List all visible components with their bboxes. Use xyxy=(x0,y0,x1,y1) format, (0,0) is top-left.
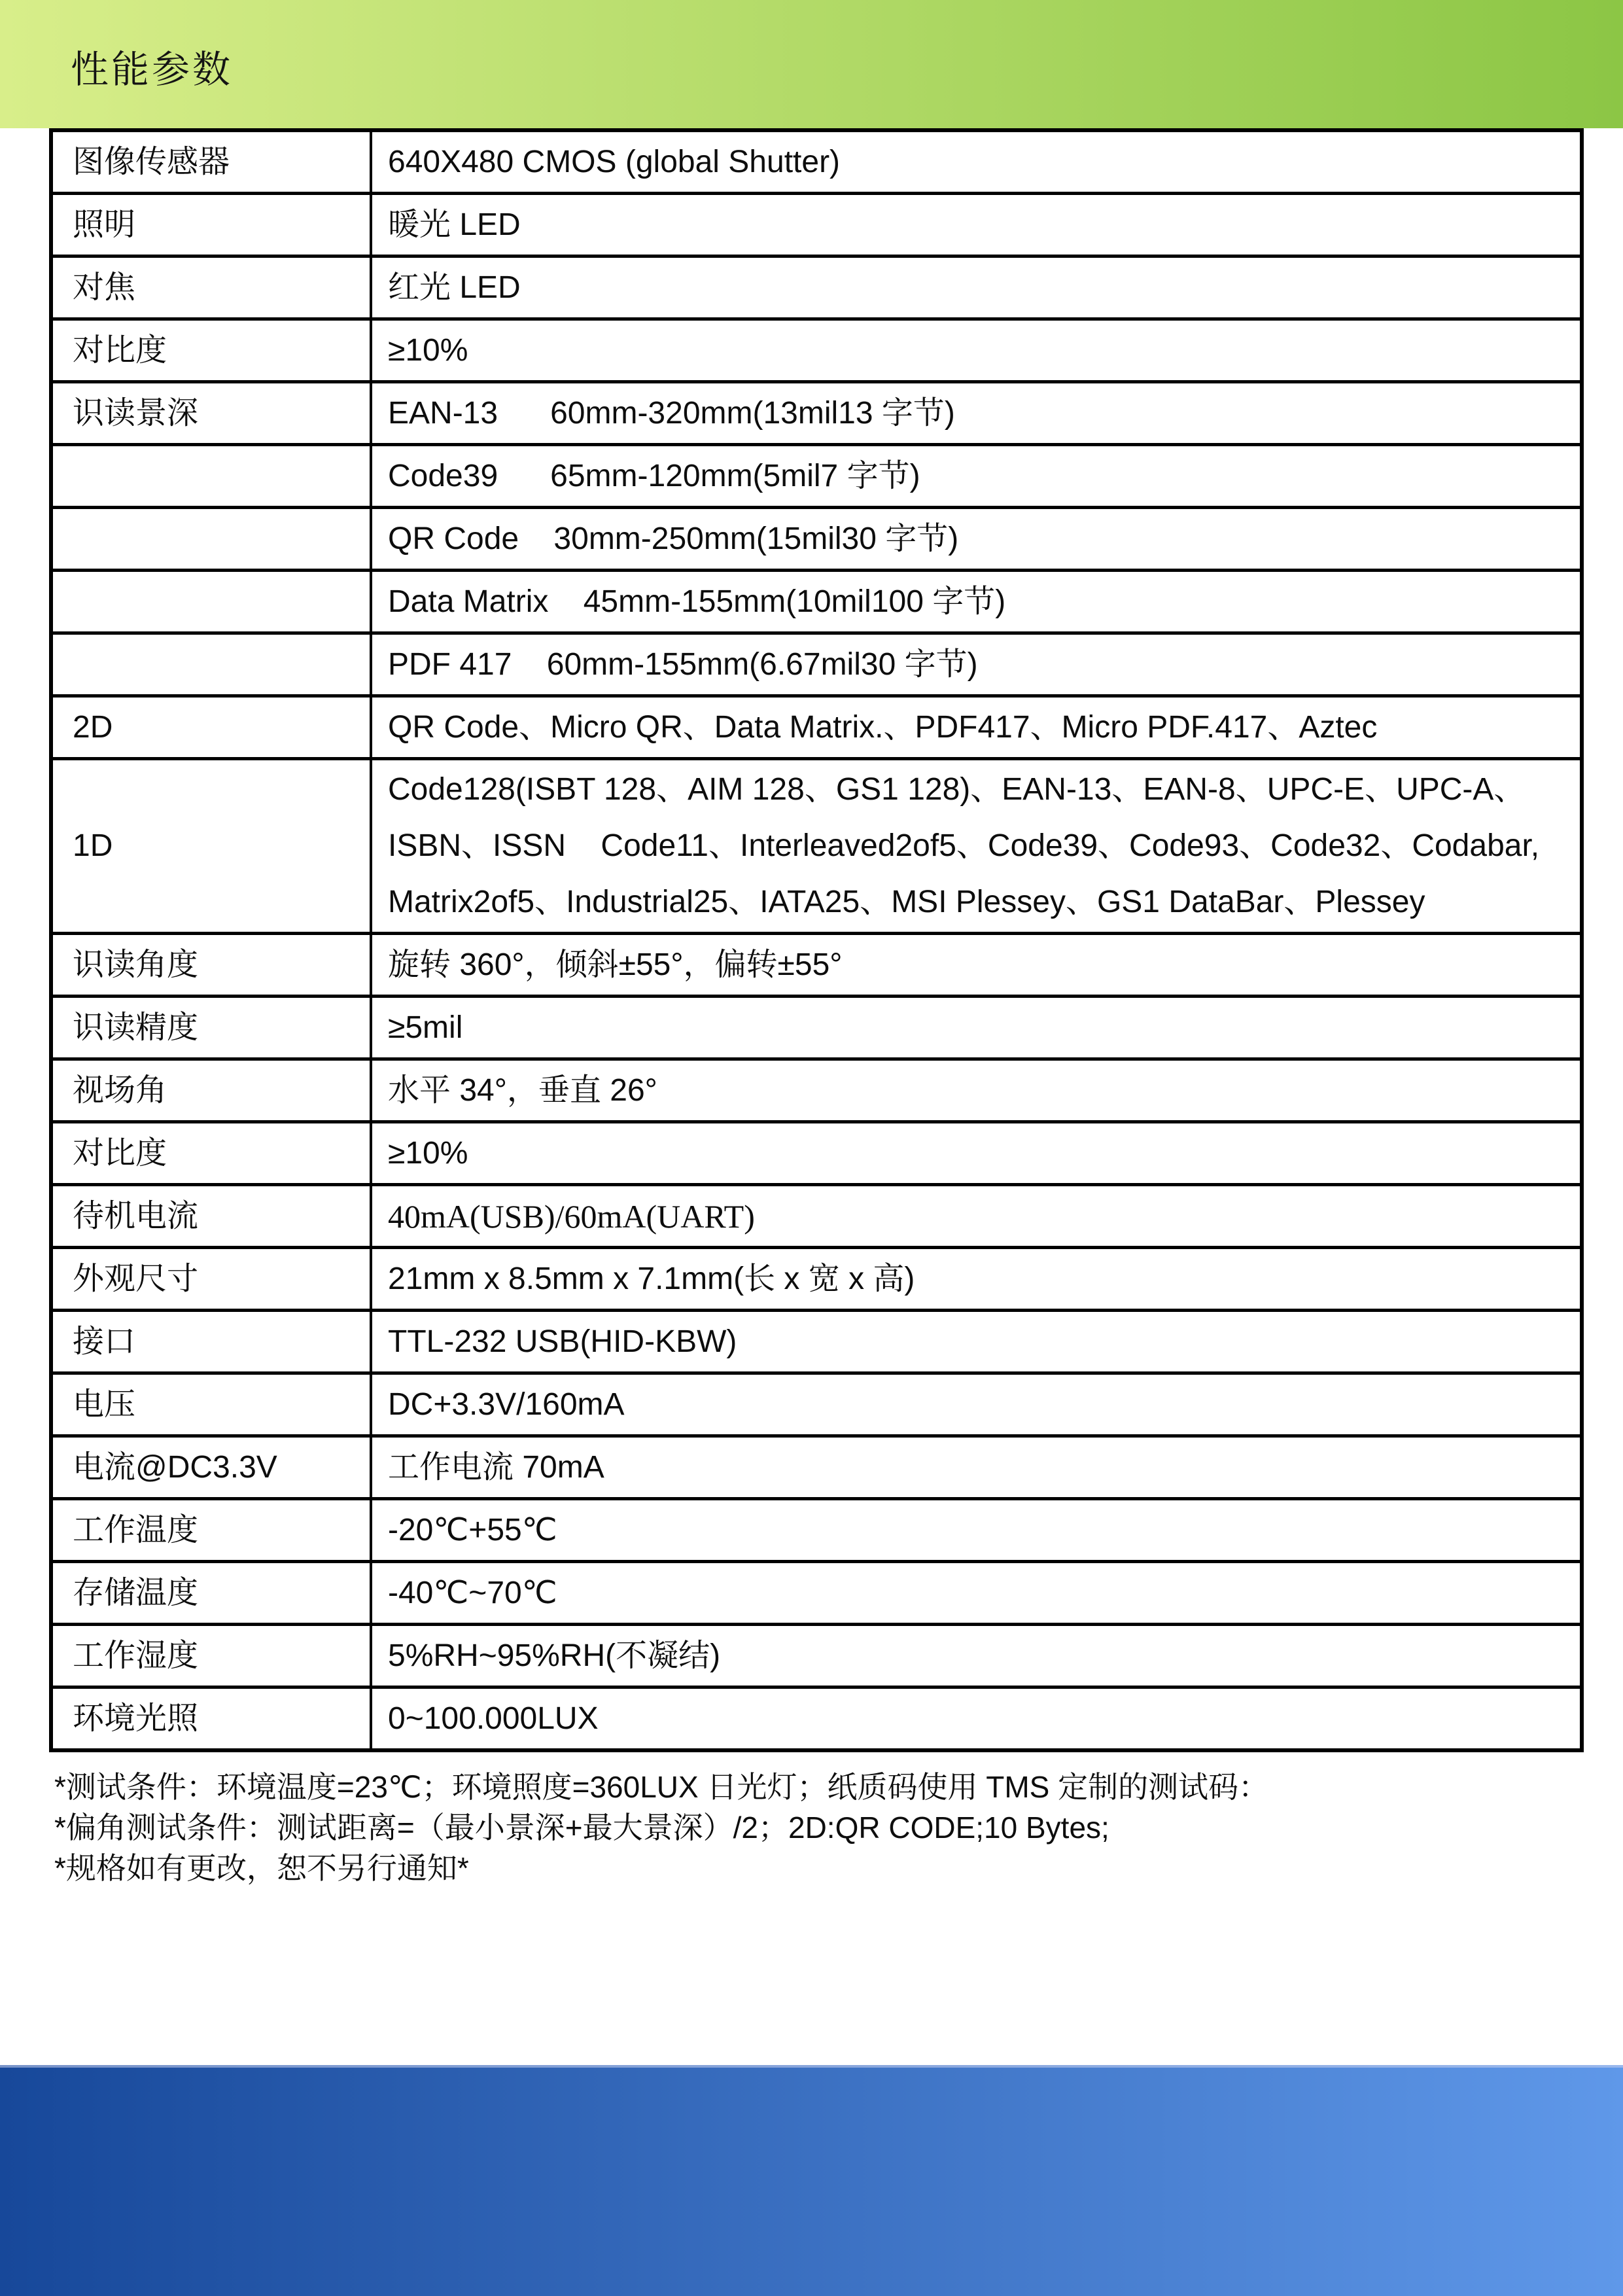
row-label: 对比度 xyxy=(53,321,372,380)
footer-band xyxy=(0,2065,1623,2296)
table-row: 待机电流40mA(USB)/60mA(UART) xyxy=(53,1186,1580,1249)
table-row: 环境光照0~100.000LUX xyxy=(53,1689,1580,1748)
spec-table-body: 图像传感器640X480 CMOS (global Shutter)照明暖光 L… xyxy=(53,132,1580,1748)
table-row: 工作温度-20℃+55℃ xyxy=(53,1500,1580,1563)
row-value: 640X480 CMOS (global Shutter) xyxy=(372,132,1580,192)
table-row: 电压DC+3.3V/160mA xyxy=(53,1375,1580,1438)
row-value: 水平 34°，垂直 26° xyxy=(372,1061,1580,1120)
row-value: -20℃+55℃ xyxy=(372,1500,1580,1560)
footnote-line: *偏角测试条件：测试距离=（最小景深+最大景深）/2；2D:QR CODE;10… xyxy=(54,1807,1585,1848)
row-value: 暖光 LED xyxy=(372,195,1580,255)
table-row: 1DCode128(ISBT 128、AIM 128、GS1 128)、EAN-… xyxy=(53,760,1580,935)
row-value: Code39 65mm-120mm(5mil7 字节) xyxy=(372,446,1580,506)
table-row: 电流@DC3.3V工作电流 70mA xyxy=(53,1438,1580,1500)
table-row: 识读角度旋转 360°，倾斜±55°，偏转±55° xyxy=(53,935,1580,998)
row-label: 电压 xyxy=(53,1375,372,1434)
table-row: 视场角水平 34°，垂直 26° xyxy=(53,1061,1580,1123)
table-row: PDF 417 60mm-155mm(6.67mil30 字节) xyxy=(53,635,1580,698)
row-label xyxy=(53,446,372,506)
row-label: 对焦 xyxy=(53,258,372,317)
table-row: 对焦红光 LED xyxy=(53,258,1580,321)
row-label: 照明 xyxy=(53,195,372,255)
table-row: 2DQR Code、Micro QR、Data Matrix.、PDF417、M… xyxy=(53,698,1580,760)
row-label xyxy=(53,635,372,694)
spec-sheet-page: 性能参数 图像传感器640X480 CMOS (global Shutter)照… xyxy=(0,0,1623,2296)
row-label: 环境光照 xyxy=(53,1689,372,1748)
table-row: Data Matrix 45mm-155mm(10mil100 字节) xyxy=(53,572,1580,635)
row-value: 工作电流 70mA xyxy=(372,1438,1580,1497)
table-row: 识读精度≥5mil xyxy=(53,998,1580,1061)
table-row: 对比度≥10% xyxy=(53,321,1580,383)
row-label xyxy=(53,509,372,569)
row-label: 待机电流 xyxy=(53,1186,372,1246)
row-label: 电流@DC3.3V xyxy=(53,1438,372,1497)
row-value: QR Code 30mm-250mm(15mil30 字节) xyxy=(372,509,1580,569)
row-value: Code128(ISBT 128、AIM 128、GS1 128)、EAN-13… xyxy=(372,760,1580,932)
row-value: ≥10% xyxy=(372,1123,1580,1183)
row-value: 5%RH~95%RH(不凝结) xyxy=(372,1626,1580,1686)
row-value: 旋转 360°，倾斜±55°，偏转±55° xyxy=(372,935,1580,995)
row-value: TTL-232 USB(HID-KBW) xyxy=(372,1312,1580,1371)
row-label: 识读角度 xyxy=(53,935,372,995)
table-row: 接口TTL-232 USB(HID-KBW) xyxy=(53,1312,1580,1375)
row-label: 存储温度 xyxy=(53,1563,372,1623)
table-row: QR Code 30mm-250mm(15mil30 字节) xyxy=(53,509,1580,572)
table-row: 识读景深EAN-13 60mm-320mm(13mil13 字节) xyxy=(53,383,1580,446)
row-label: 1D xyxy=(53,760,372,932)
table-row: 存储温度-40℃~70℃ xyxy=(53,1563,1580,1626)
row-label: 外观尺寸 xyxy=(53,1249,372,1309)
row-label: 视场角 xyxy=(53,1061,372,1120)
row-label: 图像传感器 xyxy=(53,132,372,192)
row-value: -40℃~70℃ xyxy=(372,1563,1580,1623)
row-value: EAN-13 60mm-320mm(13mil13 字节) xyxy=(372,383,1580,443)
table-row: 照明暖光 LED xyxy=(53,195,1580,258)
row-value: PDF 417 60mm-155mm(6.67mil30 字节) xyxy=(372,635,1580,694)
spec-table: 图像传感器640X480 CMOS (global Shutter)照明暖光 L… xyxy=(49,128,1584,1752)
row-label xyxy=(53,572,372,631)
row-label: 2D xyxy=(53,698,372,757)
row-label: 对比度 xyxy=(53,1123,372,1183)
row-value: 红光 LED xyxy=(372,258,1580,317)
footnote-line: *规格如有更改，恕不另行通知* xyxy=(54,1848,1585,1888)
footnote-line: *测试条件：环境温度=23℃；环境照度=360LUX 日光灯；纸质码使用 TMS… xyxy=(54,1767,1585,1807)
row-value: 40mA(USB)/60mA(UART) xyxy=(372,1186,1580,1246)
table-row: 外观尺寸21mm x 8.5mm x 7.1mm(长 x 宽 x 高) xyxy=(53,1249,1580,1312)
header-band: 性能参数 xyxy=(0,0,1623,128)
row-value: ≥10% xyxy=(372,321,1580,380)
table-row: Code39 65mm-120mm(5mil7 字节) xyxy=(53,446,1580,509)
row-label: 工作湿度 xyxy=(53,1626,372,1686)
row-value: 0~100.000LUX xyxy=(372,1689,1580,1748)
row-label: 识读精度 xyxy=(53,998,372,1057)
row-value: Data Matrix 45mm-155mm(10mil100 字节) xyxy=(372,572,1580,631)
page-title: 性能参数 xyxy=(71,47,233,93)
table-row: 工作湿度5%RH~95%RH(不凝结) xyxy=(53,1626,1580,1689)
table-row: 对比度≥10% xyxy=(53,1123,1580,1186)
row-label: 工作温度 xyxy=(53,1500,372,1560)
row-value: ≥5mil xyxy=(372,998,1580,1057)
row-label: 接口 xyxy=(53,1312,372,1371)
row-value: QR Code、Micro QR、Data Matrix.、PDF417、Mic… xyxy=(372,698,1580,757)
row-value: DC+3.3V/160mA xyxy=(372,1375,1580,1434)
row-value: 21mm x 8.5mm x 7.1mm(长 x 宽 x 高) xyxy=(372,1249,1580,1309)
row-label: 识读景深 xyxy=(53,383,372,443)
table-row: 图像传感器640X480 CMOS (global Shutter) xyxy=(53,132,1580,195)
footnotes: *测试条件：环境温度=23℃；环境照度=360LUX 日光灯；纸质码使用 TMS… xyxy=(54,1767,1585,1888)
